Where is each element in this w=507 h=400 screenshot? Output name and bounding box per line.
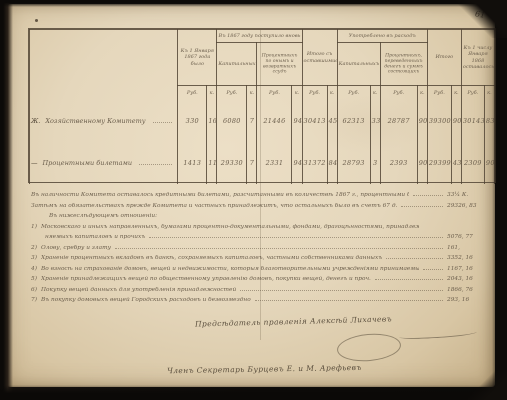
ledger-note-line: 2)Олову, сребру и злату161,	[31, 245, 493, 256]
subhead-kop: к.	[207, 86, 217, 101]
amount-rub: 30413	[302, 100, 327, 142]
note-amount: 2043, 16	[447, 276, 493, 282]
dotted-leader	[423, 269, 443, 270]
ledger-note-line: Въ наличности Комитета оставалось кредит…	[31, 192, 493, 203]
col-head-interest-out: Процентныхъ, переведенныхъ денегъ и сумм…	[382, 44, 425, 84]
note-text: Олову, сребру и злату	[41, 245, 111, 251]
amount-kop: 94	[292, 100, 302, 142]
amount-rub: 28787	[380, 100, 417, 142]
subhead-rub: Руб.	[427, 86, 451, 101]
amount-rub: 2331	[257, 142, 292, 184]
note-text: Храненіе процентныхъ вкладовъ въ банкѣ, …	[41, 255, 382, 261]
col-head-interest-in: Процентныхъ по онымъ и возвратныхъ ссудъ	[259, 44, 301, 84]
dotted-leader	[401, 206, 443, 207]
amount-rub: 39300	[427, 100, 451, 142]
ledger-note-line: 1)Московскаго и иныхъ направленныхъ, бум…	[31, 224, 493, 235]
note-number: 1)	[31, 224, 41, 230]
note-text: Въ нижеслѣдующемъ отношеніи:	[49, 213, 157, 219]
subhead-kop: к.	[484, 86, 494, 101]
row-margin-mark: —	[31, 159, 38, 167]
table-row: Ж.Хозяйственному Комитету330166080721446…	[30, 100, 495, 142]
amount-kop: 90	[417, 100, 427, 142]
dotted-leader	[115, 248, 443, 249]
col-head-subtotal: Итого съ оставшимися	[302, 30, 337, 86]
subhead-kop: к.	[370, 86, 380, 101]
subhead-rub: Руб.	[217, 86, 247, 101]
note-amount: 3352, 16	[447, 255, 493, 261]
ledger-note-line: 4)Во взносѣ на страхованіе домовъ, вещей…	[31, 266, 493, 277]
subhead-rub: Руб.	[257, 86, 292, 101]
ledger-note-line: 7)Въ покупку домовыхъ вещей Городскихъ р…	[31, 297, 493, 308]
dotted-leader	[240, 290, 443, 291]
ledger-table: Къ 1 Января 1867 года было Въ 1867 году …	[28, 28, 496, 183]
subhead-rub: Руб.	[461, 86, 484, 101]
ink-speck	[35, 19, 38, 22]
amount-rub: 62313	[337, 100, 370, 142]
note-text: Въ наличности Комитета оставалось кредит…	[31, 192, 409, 198]
note-amount: 1866, 76	[447, 287, 493, 293]
amount-rub: 6080	[217, 100, 247, 142]
amount-kop: 16	[207, 100, 217, 142]
col-head-capital-in: Капитальныхъ	[217, 43, 257, 86]
subhead-rub: Руб.	[178, 86, 207, 101]
amount-kop: 33	[370, 100, 380, 142]
amount-rub: 330	[178, 100, 207, 142]
amount-kop: 11	[207, 142, 217, 184]
amount-kop: 90	[451, 100, 461, 142]
amount-kop: 43	[451, 142, 461, 184]
col-head-capital-out: Капитальныхъ	[337, 43, 380, 86]
secretary-signature: Членъ Секретарь Бурцевъ Е. и М. Арефьевъ	[167, 362, 427, 376]
page-number: 61	[474, 9, 485, 19]
amount-rub: 29330	[217, 142, 247, 184]
note-number: 4)	[31, 266, 41, 272]
note-text: Храненіе принадлежащихъ вещей по обществ…	[41, 276, 371, 282]
signature-flourish-line	[399, 329, 477, 340]
note-amount: 29326, 83	[447, 203, 493, 209]
note-text: Во взносѣ на страхованіе домовъ, вещей и…	[41, 266, 419, 272]
amount-rub: 1413	[178, 142, 207, 184]
note-number: 5)	[31, 276, 41, 282]
chairman-signature: Предсѣдатель правленія Алексѣй Лихачевъ	[195, 312, 465, 328]
book-edge-bottom	[0, 385, 507, 400]
subhead-kop: к.	[417, 86, 427, 101]
dotted-leader	[413, 195, 443, 196]
ledger-note-line: Въ нижеслѣдующемъ отношеніи:	[31, 213, 493, 224]
ledger-note-line: 3)Храненіе процентныхъ вкладовъ въ банкѣ…	[31, 255, 493, 266]
dotted-leader	[255, 300, 443, 301]
ledger-note-line: 5)Храненіе принадлежащихъ вещей по общес…	[31, 276, 493, 287]
note-text: няемыхъ капиталовъ и прочихъ	[45, 234, 145, 240]
notes-section: Въ наличности Комитета оставалось кредит…	[31, 192, 493, 308]
signature-flourish-oval	[336, 331, 402, 363]
label-column-head	[30, 30, 178, 101]
amount-rub: 2393	[380, 142, 417, 184]
note-amount: 33¼ К.	[447, 192, 493, 198]
row-label-text: Хозяйственному Комитету	[45, 117, 145, 125]
amount-kop: 3	[370, 142, 380, 184]
amount-kop: 90	[484, 142, 494, 184]
amount-rub: 30143	[461, 100, 484, 142]
note-number: 6)	[31, 287, 41, 293]
amount-kop: 83	[484, 100, 494, 142]
amount-kop: 94	[292, 142, 302, 184]
group-head-spent: Употреблено въ расходъ	[337, 30, 427, 43]
col-head-opening-balance: Къ 1 Января 1867 года было	[178, 30, 217, 86]
dotted-leader	[375, 279, 443, 280]
ledger-note-line: няемыхъ капиталовъ и прочихъ5076, 77	[31, 234, 493, 245]
note-text: Въ покупку домовыхъ вещей Городскихъ рас…	[41, 297, 251, 303]
table-row: —Процентными билетами1413112933072331943…	[30, 142, 495, 184]
amount-kop: 45	[327, 100, 337, 142]
note-text: Московскаго и иныхъ направленныхъ, бумаг…	[41, 224, 419, 230]
row-label-text: Процентными билетами	[43, 159, 133, 167]
subhead-kop: к.	[247, 86, 257, 101]
subhead-kop: к.	[292, 86, 302, 101]
ledger-note-line: Затѣмъ на обязательствахъ прежде Комитет…	[31, 203, 493, 214]
subhead-rub: Руб.	[337, 86, 370, 101]
amount-rub: 31372	[302, 142, 327, 184]
note-number: 7)	[31, 297, 41, 303]
amount-rub: 21446	[257, 100, 292, 142]
note-number: 2)	[31, 245, 41, 251]
subhead-kop: к.	[451, 86, 461, 101]
amount-rub: 2309	[461, 142, 484, 184]
group-head-received: Въ 1867 году поступило вновь	[217, 30, 302, 43]
note-text: Затѣмъ на обязательствахъ прежде Комитет…	[31, 203, 397, 209]
amount-rub: 29399	[427, 142, 451, 184]
note-amount: 5076, 77	[447, 234, 493, 240]
row-label: —Процентными билетами	[30, 142, 178, 184]
dotted-leader	[139, 164, 172, 165]
ledger-note-line: 6)Покупку вещей данныхъ для употребленія…	[31, 287, 493, 298]
dotted-leader	[153, 122, 173, 123]
row-margin-mark: Ж.	[31, 117, 40, 125]
col-head-closing-balance: Къ 1 числу Января 1868 оставалось	[461, 30, 494, 86]
note-text: Покупку вещей данныхъ для употребленія п…	[41, 287, 236, 293]
subhead-rub: Руб.	[380, 86, 417, 101]
dotted-leader	[149, 237, 443, 238]
amount-kop: 7	[247, 100, 257, 142]
note-amount: 161,	[447, 245, 493, 251]
note-number: 3)	[31, 255, 41, 261]
row-label: Ж.Хозяйственному Комитету	[30, 100, 178, 142]
note-amount: 1167, 16	[447, 266, 493, 272]
amount-kop: 7	[247, 142, 257, 184]
col-head-total: Итого	[427, 30, 461, 86]
subhead-rub: Руб.	[302, 86, 327, 101]
dotted-leader	[386, 258, 443, 259]
book-scan: 61 Къ 1 Января 1867 года	[0, 0, 507, 400]
ledger-page: 61 Къ 1 Января 1867 года	[7, 4, 495, 387]
amount-kop: 84	[327, 142, 337, 184]
amount-kop: 90	[417, 142, 427, 184]
subhead-kop: к.	[327, 86, 337, 101]
amount-rub: 28793	[337, 142, 370, 184]
note-amount: 293, 16	[447, 297, 493, 303]
